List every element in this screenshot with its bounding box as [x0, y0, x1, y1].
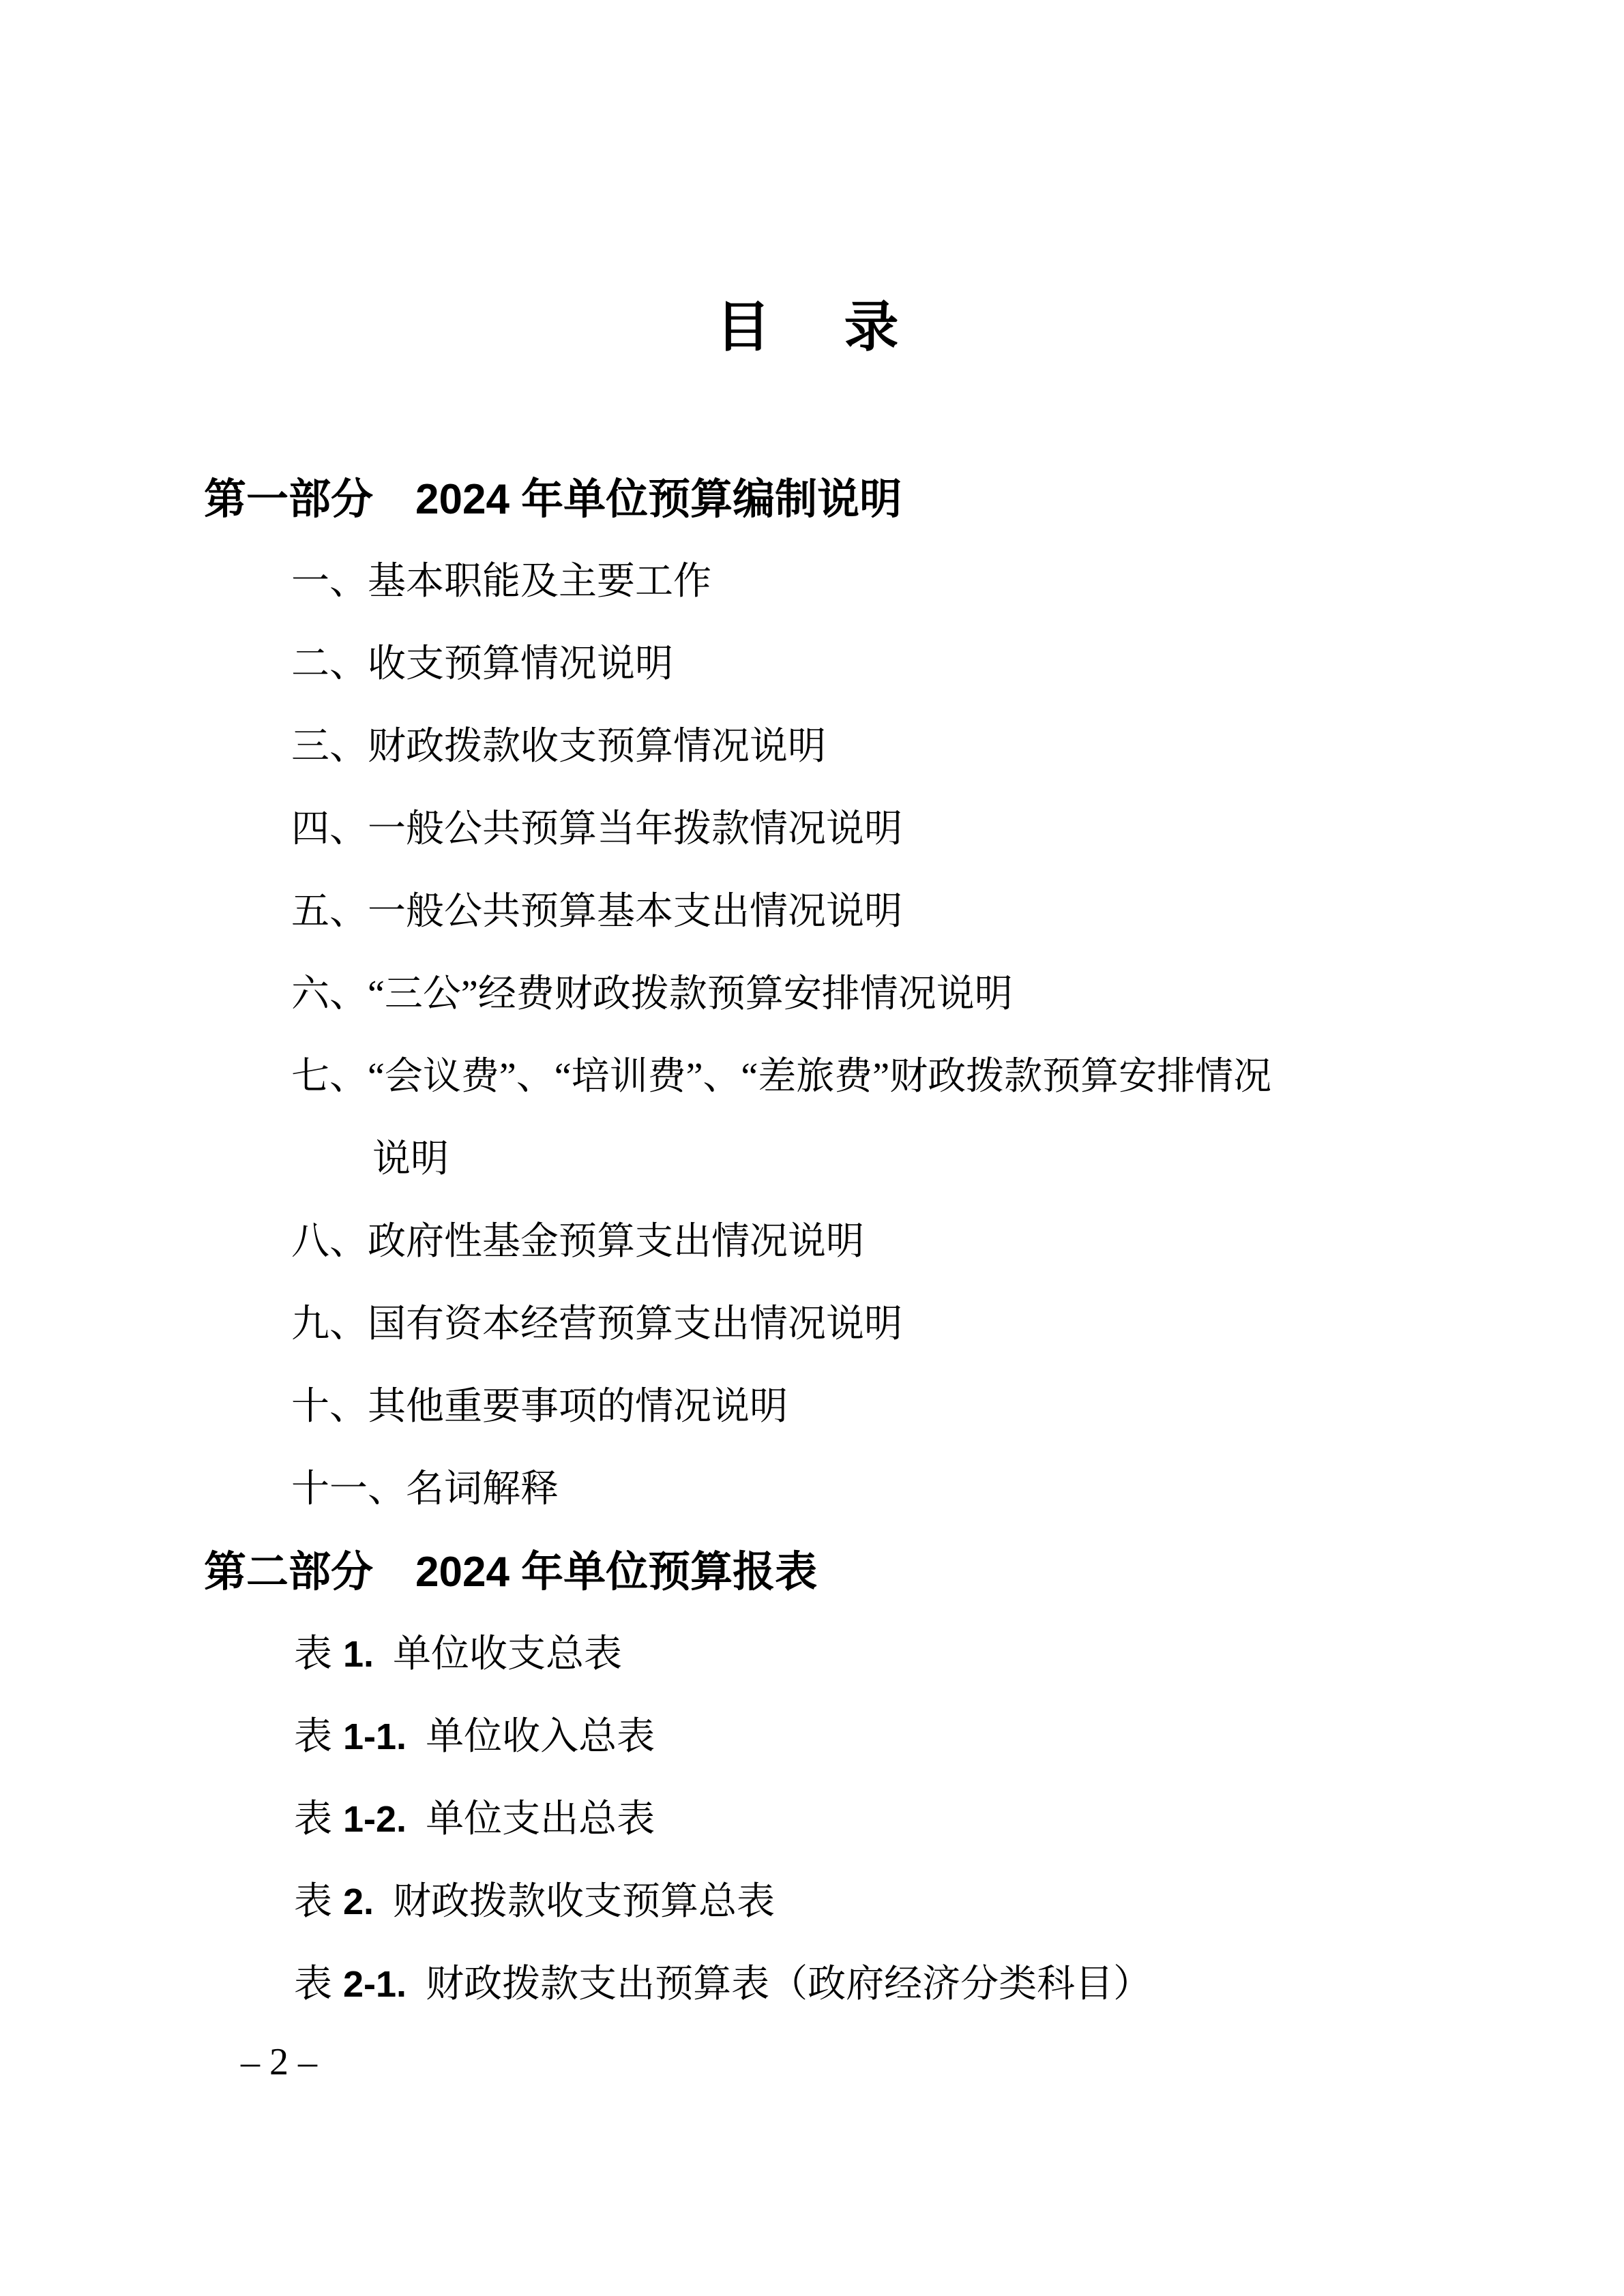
table-number: 1-1.: [343, 1716, 407, 1757]
table-number: 2.: [343, 1881, 374, 1922]
part1-heading: 第一部分 2024 年单位预算编制说明: [204, 458, 1624, 541]
table-name: 财政拨款支出预算表（政府经济分类科目）: [426, 1963, 1151, 2006]
document-page: 目 录 第一部分 2024 年单位预算编制说明 一、基本职能及主要工作 二、收支…: [0, 0, 1624, 2296]
table-of-contents: 第一部分 2024 年单位预算编制说明 一、基本职能及主要工作 二、收支预算情况…: [0, 458, 1624, 2026]
table-name: 财政拨款收支预算总表: [393, 1881, 775, 1923]
page-number: – 2 –: [241, 2043, 317, 2081]
toc-item-1: 一、基本职能及主要工作: [291, 541, 1624, 623]
toc-table-item-4: 表2.财政拨款收支预算总表: [294, 1861, 1624, 1943]
table-name: 单位收入总表: [426, 1716, 655, 1758]
table-prefix: 表: [294, 1798, 332, 1840]
table-name: 单位收支总表: [393, 1633, 622, 1675]
toc-item-5: 五、一般公共预算基本支出情况说明: [291, 871, 1624, 953]
toc-item-4: 四、一般公共预算当年拨款情况说明: [291, 788, 1624, 871]
table-prefix: 表: [294, 1716, 332, 1758]
toc-item-11: 十一、名词解释: [291, 1448, 1624, 1531]
page-title: 目 录: [0, 300, 1624, 355]
table-number: 1-2.: [343, 1799, 407, 1840]
toc-item-8: 八、政府性基金预算支出情况说明: [291, 1201, 1624, 1283]
toc-item-7-continuation: 说明: [372, 1118, 1624, 1201]
table-name: 单位支出总表: [426, 1798, 655, 1840]
toc-table-item-2: 表1-1.单位收入总表: [294, 1696, 1624, 1778]
table-prefix: 表: [294, 1881, 332, 1923]
toc-item-3: 三、财政拨款收支预算情况说明: [291, 706, 1624, 788]
toc-item-7: 七、“会议费”、“培训费”、“差旅费”财政拨款预算安排情况: [291, 1036, 1624, 1118]
toc-table-item-1: 表1.单位收支总表: [294, 1613, 1624, 1696]
toc-item-2: 二、收支预算情况说明: [291, 623, 1624, 706]
table-number: 1.: [343, 1634, 374, 1675]
toc-item-9: 九、国有资本经营预算支出情况说明: [291, 1283, 1624, 1366]
table-number: 2-1.: [343, 1964, 407, 2005]
toc-table-item-5: 表2-1.财政拨款支出预算表（政府经济分类科目）: [294, 1943, 1624, 2026]
toc-table-item-3: 表1-2.单位支出总表: [294, 1778, 1624, 1861]
toc-item-10: 十、其他重要事项的情况说明: [291, 1366, 1624, 1448]
table-prefix: 表: [294, 1633, 332, 1675]
part2-heading: 第二部分 2024 年单位预算报表: [204, 1531, 1624, 1613]
table-prefix: 表: [294, 1963, 332, 2006]
toc-item-6: 六、“三公”经费财政拨款预算安排情况说明: [291, 953, 1624, 1036]
